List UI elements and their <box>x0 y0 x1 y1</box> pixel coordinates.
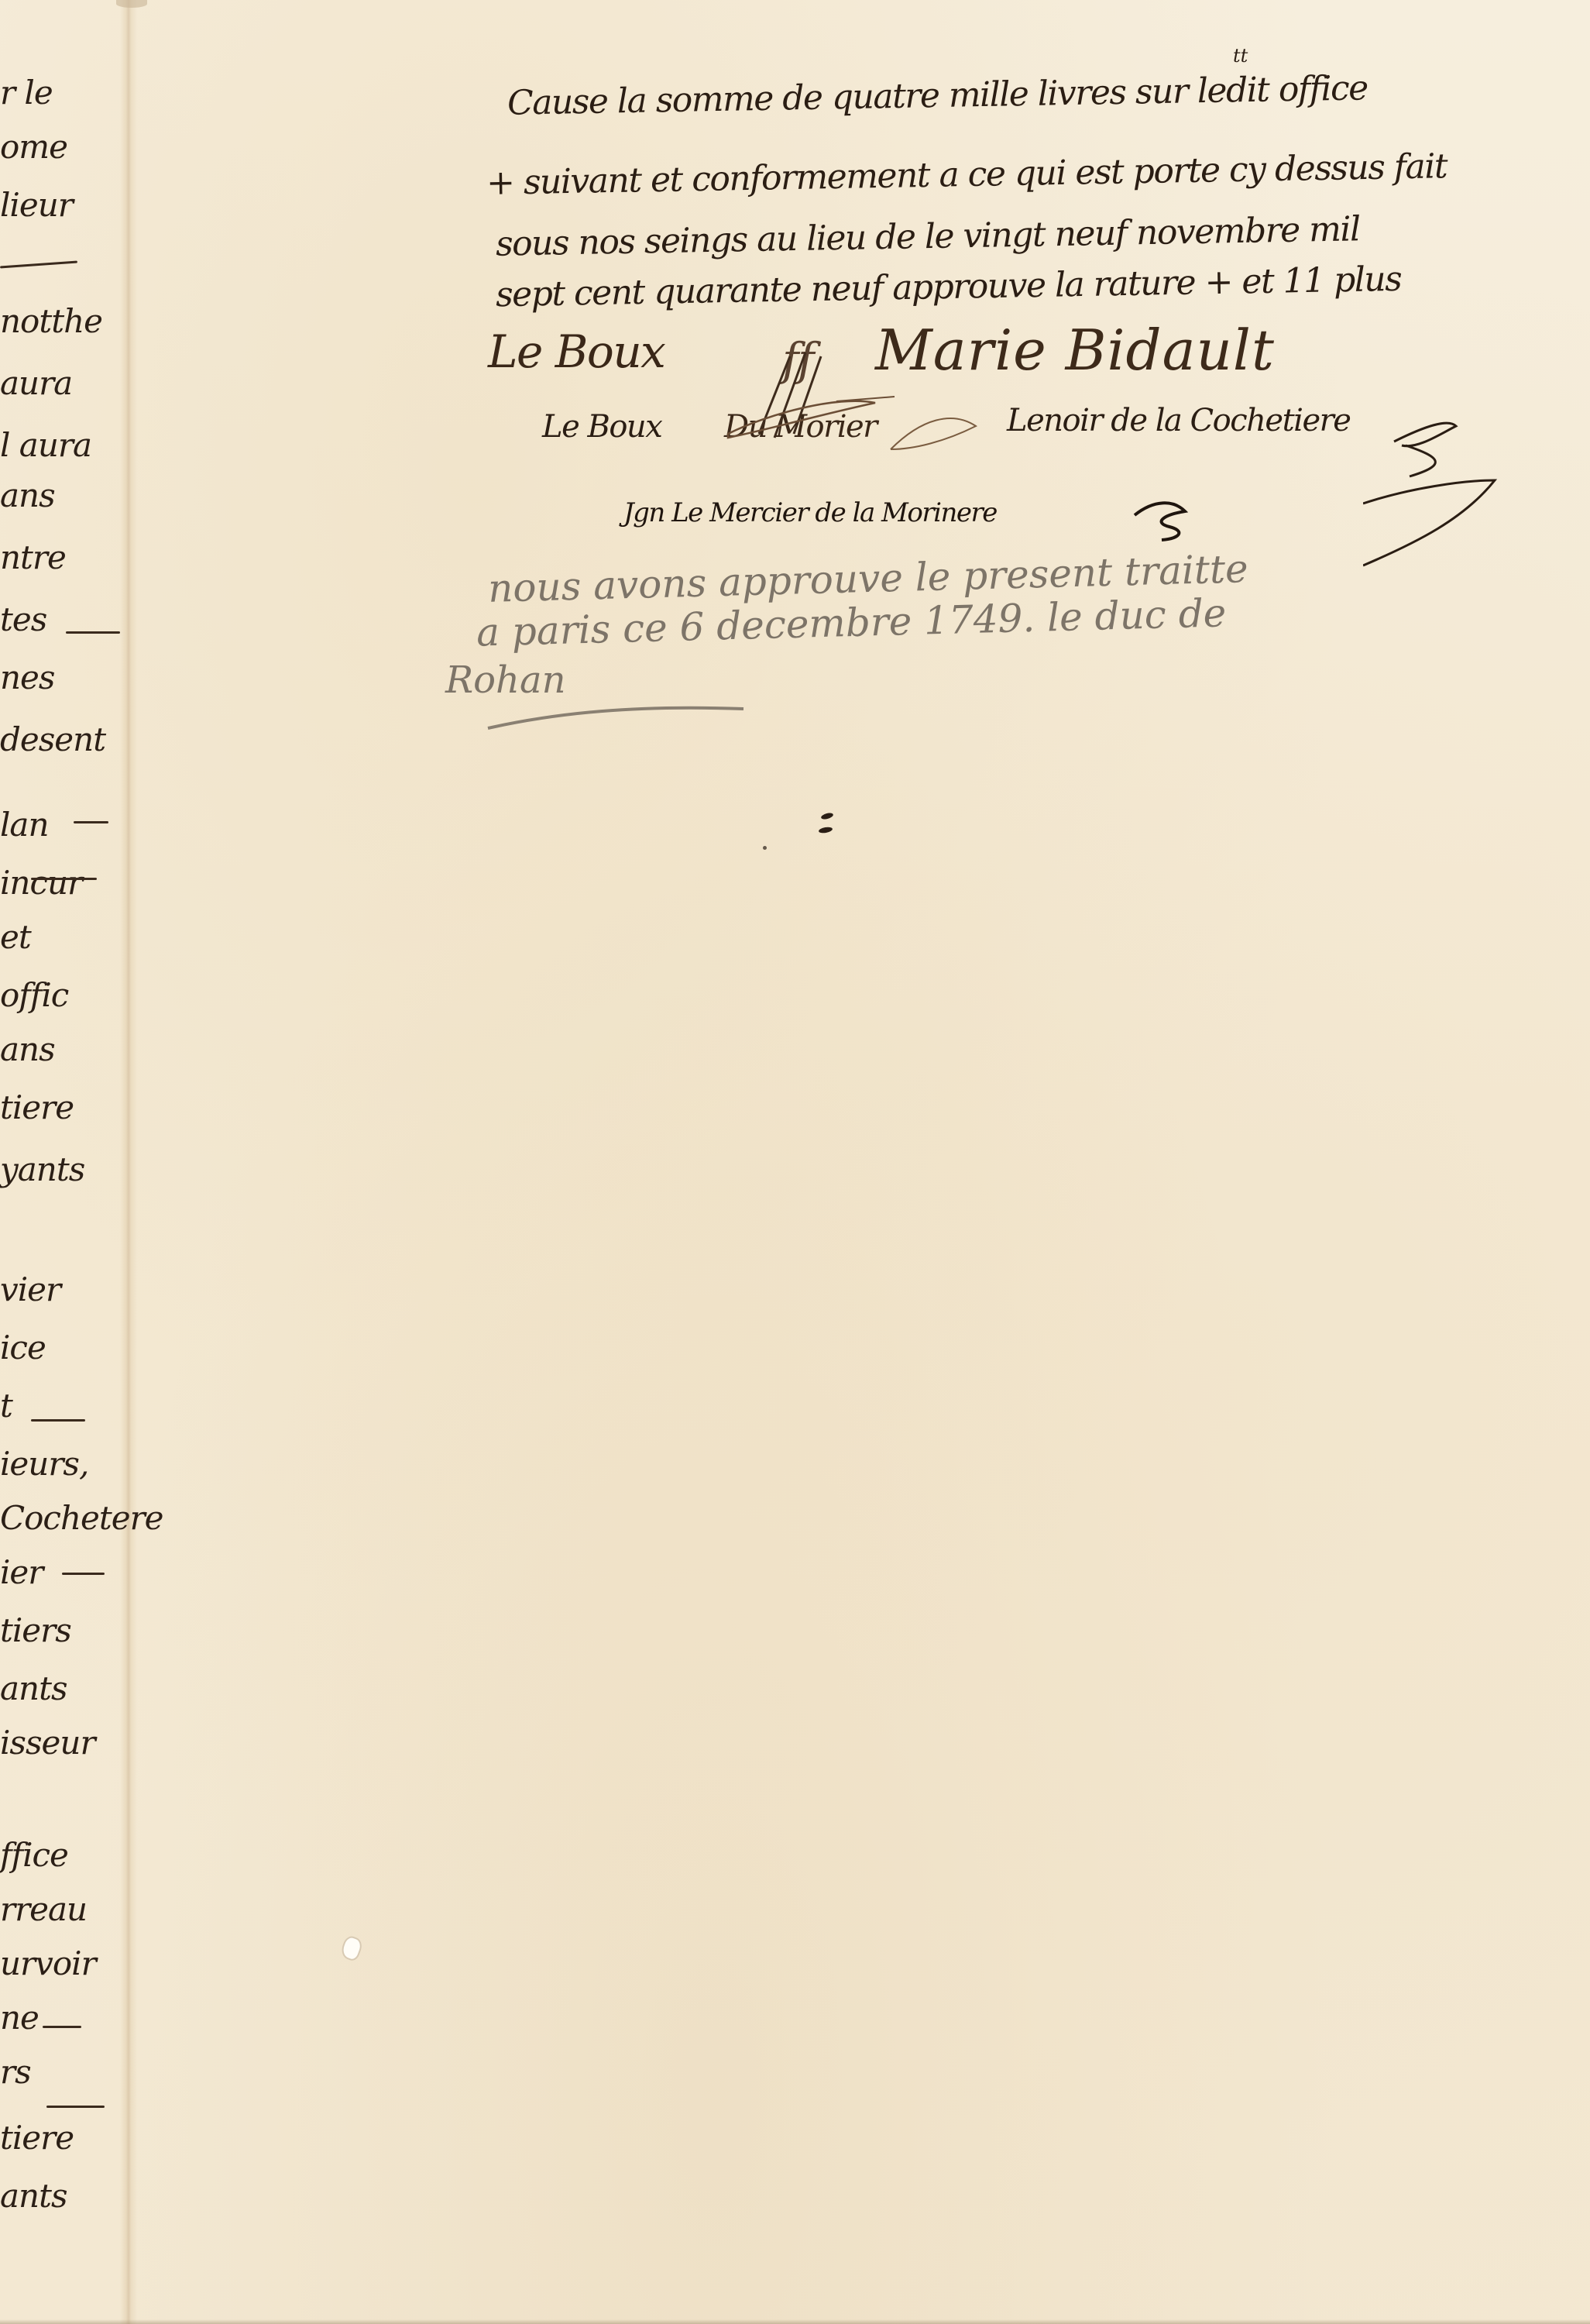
margin-fragment: lieur <box>0 186 73 224</box>
margin-fragment: desent <box>0 720 105 758</box>
text-line-4: sept cent quarante neuf approuve la ratu… <box>496 260 1402 315</box>
signature-le-boux: Le Boux <box>488 325 665 378</box>
margin-fragment: yants <box>0 1150 84 1188</box>
interlinear-insertion: tt <box>1233 45 1248 67</box>
margin-stroke <box>31 878 97 880</box>
margin-stroke <box>46 2106 105 2108</box>
approval-signature-rohan: Rohan <box>445 658 565 702</box>
margin-fragment: ome <box>0 128 67 166</box>
manuscript-page: r le ome lieur notthe aura l aura ans nt… <box>0 0 1590 2324</box>
margin-fragment: ne <box>0 1999 39 2037</box>
text-line-2: + suivant et conformement a ce qui est p… <box>486 146 1447 203</box>
cochetiere-paraph-icon <box>1363 403 1518 573</box>
margin-stroke <box>62 1573 105 1575</box>
margin-stroke <box>31 1419 85 1422</box>
margin-stroke <box>66 631 120 634</box>
ink-spot <box>763 846 767 850</box>
margin-fragment: incur <box>0 864 82 902</box>
margin-fragment: aura <box>0 364 72 402</box>
margin-stroke <box>74 821 108 823</box>
signature-le-mercier-de-la-morinere: Jgn Le Mercier de la Morinere <box>623 497 997 528</box>
margin-fragment: l aura <box>0 426 91 464</box>
signature-flourish-icon <box>875 403 999 457</box>
margin-fragment: rreau <box>0 1890 87 1928</box>
paper-fold-line <box>120 0 137 2324</box>
margin-fragment: Cochetere <box>0 1499 163 1537</box>
margin-fragment: notthe <box>0 302 102 340</box>
left-margin-fragments: r le ome lieur notthe aura l aura ans nt… <box>0 0 116 2324</box>
margin-fragment: ans <box>0 476 55 514</box>
text-line-1: Cause la somme de quatre mille livres su… <box>507 68 1368 122</box>
margin-fragment: vier <box>0 1270 60 1308</box>
morinere-paraph-icon <box>1131 492 1200 546</box>
signature-du-morier: Du Morier <box>724 409 877 445</box>
margin-fragment: ice <box>0 1329 46 1367</box>
margin-stroke <box>43 2026 81 2028</box>
signature-marie-bidault: Marie Bidault <box>875 318 1275 383</box>
signature-paraph: ff <box>782 333 813 386</box>
margin-fragment: ants <box>0 1669 67 1707</box>
margin-fragment: isseur <box>0 1724 95 1762</box>
margin-fragment: offic <box>0 976 68 1014</box>
margin-fragment: nes <box>0 658 54 696</box>
signature-lenoir-de-la-cochetiere: Lenoir de la Cochetiere <box>1007 403 1350 438</box>
margin-fragment: et <box>0 918 31 956</box>
margin-fragment: r le <box>0 74 53 112</box>
signature-le-boux-2: Le Boux <box>542 409 661 445</box>
margin-fragment: ants <box>0 2177 67 2215</box>
ink-spot <box>819 826 833 834</box>
margin-stroke <box>0 261 77 269</box>
margin-fragment: tiers <box>0 1611 71 1649</box>
margin-fragment: urvoir <box>0 1944 96 1982</box>
paper-hole <box>339 1934 365 1962</box>
margin-fragment: ieurs, <box>0 1445 88 1483</box>
paper-top-damage <box>116 0 147 8</box>
margin-fragment: ntre <box>0 538 66 576</box>
margin-fragment: tes <box>0 600 46 638</box>
margin-fragment: rs <box>0 2053 31 2091</box>
margin-fragment: t <box>0 1387 12 1425</box>
ink-spot <box>820 812 833 820</box>
margin-fragment: lan <box>0 806 49 844</box>
margin-fragment: tiere <box>0 1088 74 1126</box>
margin-fragment: ffice <box>0 1836 68 1874</box>
margin-fragment: tiere <box>0 2119 74 2157</box>
text-line-3: sous nos seings au lieu de le vingt neuf… <box>496 209 1360 263</box>
paper-bottom-edge <box>0 2319 1590 2324</box>
margin-fragment: ier <box>0 1553 43 1591</box>
margin-fragment: ans <box>0 1030 55 1068</box>
